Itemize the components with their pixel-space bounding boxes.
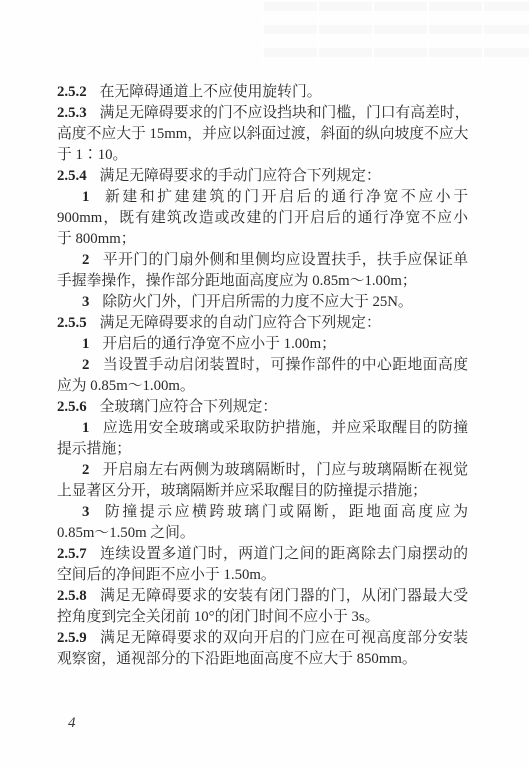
text-line: 2开启扇左右两侧为玻璃隔断时，门应与玻璃隔断在视觉 [57,460,468,481]
text-line: 手握拳操作，操作部分距地面高度应为 0.85m～1.00m； [57,271,468,292]
line-text: 观察窗，通视部分的下沿距地面高度不应大于 850mm。 [57,651,417,667]
line-text: 开启后的通行净宽不应小于 1.00m； [102,336,335,352]
line-text: 满足无障碍要求的门不应设挡块和门槛，门口有高差时， [100,105,470,121]
line-text: 连续设置多道门时，两道门之间的距离除去门扇摆动的 [100,546,468,562]
line-text: 满足无障碍要求的双向开启的门应在可视高度部分安装 [100,630,468,646]
text-line: 应为 0.85m～1.00m。 [57,376,468,397]
text-line: 3防撞提示应横跨玻璃门或隔断，距地面高度应为 [57,502,468,523]
line-text: 全玻璃门应符合下列规定： [100,399,278,415]
text-line: 2.5.4满足无障碍要求的手动门应符合下列规定： [57,166,468,187]
line-text: 防撞提示应横跨玻璃门或隔断，距地面高度应为 [102,504,468,520]
clause-number: 2.5.3 [57,105,87,121]
item-number: 2 [82,252,89,268]
text-line: 2.5.9满足无障碍要求的双向开启的门应在可视高度部分安装 [57,628,468,649]
line-text: 空间后的净间距不应小于 1.50m。 [57,567,276,583]
text-line: 控角度到完全关闭前 10°的闭门时间不应小于 3s。 [57,607,468,628]
item-number: 1 [82,336,89,352]
line-text: 上显著区分开，玻璃隔断并应采取醒目的防撞提示措施； [57,483,427,499]
line-text: 平开门的门扇外侧和里侧均应设置扶手，扶手应保证单 [102,252,468,268]
item-number: 3 [82,294,89,310]
body-text: 2.5.2在无障碍通道上不应使用旋转门。 2.5.3满足无障碍要求的门不应设挡块… [57,82,468,670]
text-line: 2.5.7连续设置多道门时，两道门之间的距离除去门扇摆动的 [57,544,468,565]
text-line: 2.5.3满足无障碍要求的门不应设挡块和门槛，门口有高差时， [57,103,468,124]
text-line: 3除防火门外，门开启所需的力度不应大于 25N。 [57,292,468,313]
line-text: 满足无障碍要求的安装有闭门器的门，从闭门器最大受 [100,588,468,604]
line-text: 0.85m～1.50m 之间。 [57,525,195,541]
text-line: 1开启后的通行净宽不应小于 1.00m； [57,334,468,355]
text-line: 1应选用安全玻璃或采取防护措施，并应采取醒目的防撞 [57,418,468,439]
text-line: 2.5.6全玻璃门应符合下列规定： [57,397,468,418]
text-line: 2平开门的门扇外侧和里侧均应设置扶手，扶手应保证单 [57,250,468,271]
text-line: 900mm，既有建筑改造或改建的门开启后的通行净宽不应小 [57,208,468,229]
text-line: 空间后的净间距不应小于 1.50m。 [57,565,468,586]
text-line: 提示措施； [57,439,468,460]
item-number: 2 [82,357,89,373]
clause-number: 2.5.9 [57,630,87,646]
clause-number: 2.5.2 [57,84,87,100]
line-text: 于 1∶10。 [57,147,127,163]
text-line: 高度不应大于 15mm，并应以斜面过渡，斜面的纵向坡度不应大 [57,124,468,145]
line-text: 手握拳操作，操作部分距地面高度应为 0.85m～1.00m； [57,273,417,289]
show-through-artifact [262,2,529,68]
text-line: 于 800mm； [57,229,468,250]
text-line: 2.5.5满足无障碍要求的自动门应符合下列规定： [57,313,468,334]
text-line: 2当设置手动启闭装置时，可操作部件的中心距地面高度 [57,355,468,376]
line-text: 满足无障碍要求的自动门应符合下列规定： [100,315,381,331]
item-number: 3 [82,504,89,520]
line-text: 应选用安全玻璃或采取防护措施，并应采取醒目的防撞 [102,420,468,436]
text-line: 于 1∶10。 [57,145,468,166]
line-text: 提示措施； [57,441,131,457]
clause-number: 2.5.7 [57,546,87,562]
line-text: 除防火门外，门开启所需的力度不应大于 25N。 [102,294,412,310]
line-text: 控角度到完全关闭前 10°的闭门时间不应小于 3s。 [57,609,379,625]
line-text: 新建和扩建建筑的门开启后的通行净宽不应小于 [102,189,468,205]
text-line: 观察窗，通视部分的下沿距地面高度不应大于 850mm。 [57,649,468,670]
text-line: 2.5.2在无障碍通道上不应使用旋转门。 [57,82,468,103]
clause-number: 2.5.8 [57,588,87,604]
text-line: 上显著区分开，玻璃隔断并应采取醒目的防撞提示措施； [57,481,468,502]
line-text: 在无障碍通道上不应使用旋转门。 [100,84,322,100]
line-text: 应为 0.85m～1.00m。 [57,378,195,394]
text-line: 0.85m～1.50m 之间。 [57,523,468,544]
line-text: 满足无障碍要求的手动门应符合下列规定： [100,168,381,184]
item-number: 2 [82,462,89,478]
item-number: 1 [82,189,89,205]
item-number: 1 [82,420,89,436]
line-text: 900mm，既有建筑改造或改建的门开启后的通行净宽不应小 [57,210,468,226]
line-text: 于 800mm； [57,231,136,247]
text-line: 2.5.8满足无障碍要求的安装有闭门器的门，从闭门器最大受 [57,586,468,607]
clause-number: 2.5.5 [57,315,87,331]
line-text: 当设置手动启闭装置时，可操作部件的中心距地面高度 [102,357,468,373]
clause-number: 2.5.4 [57,168,87,184]
text-line: 1新建和扩建建筑的门开启后的通行净宽不应小于 [57,187,468,208]
clause-number: 2.5.6 [57,399,87,415]
line-text: 高度不应大于 15mm，并应以斜面过渡，斜面的纵向坡度不应大 [57,126,468,142]
page-number: 4 [68,715,76,732]
line-text: 开启扇左右两侧为玻璃隔断时，门应与玻璃隔断在视觉 [102,462,468,478]
document-page: 2.5.2在无障碍通道上不应使用旋转门。 2.5.3满足无障碍要求的门不应设挡块… [0,0,529,767]
